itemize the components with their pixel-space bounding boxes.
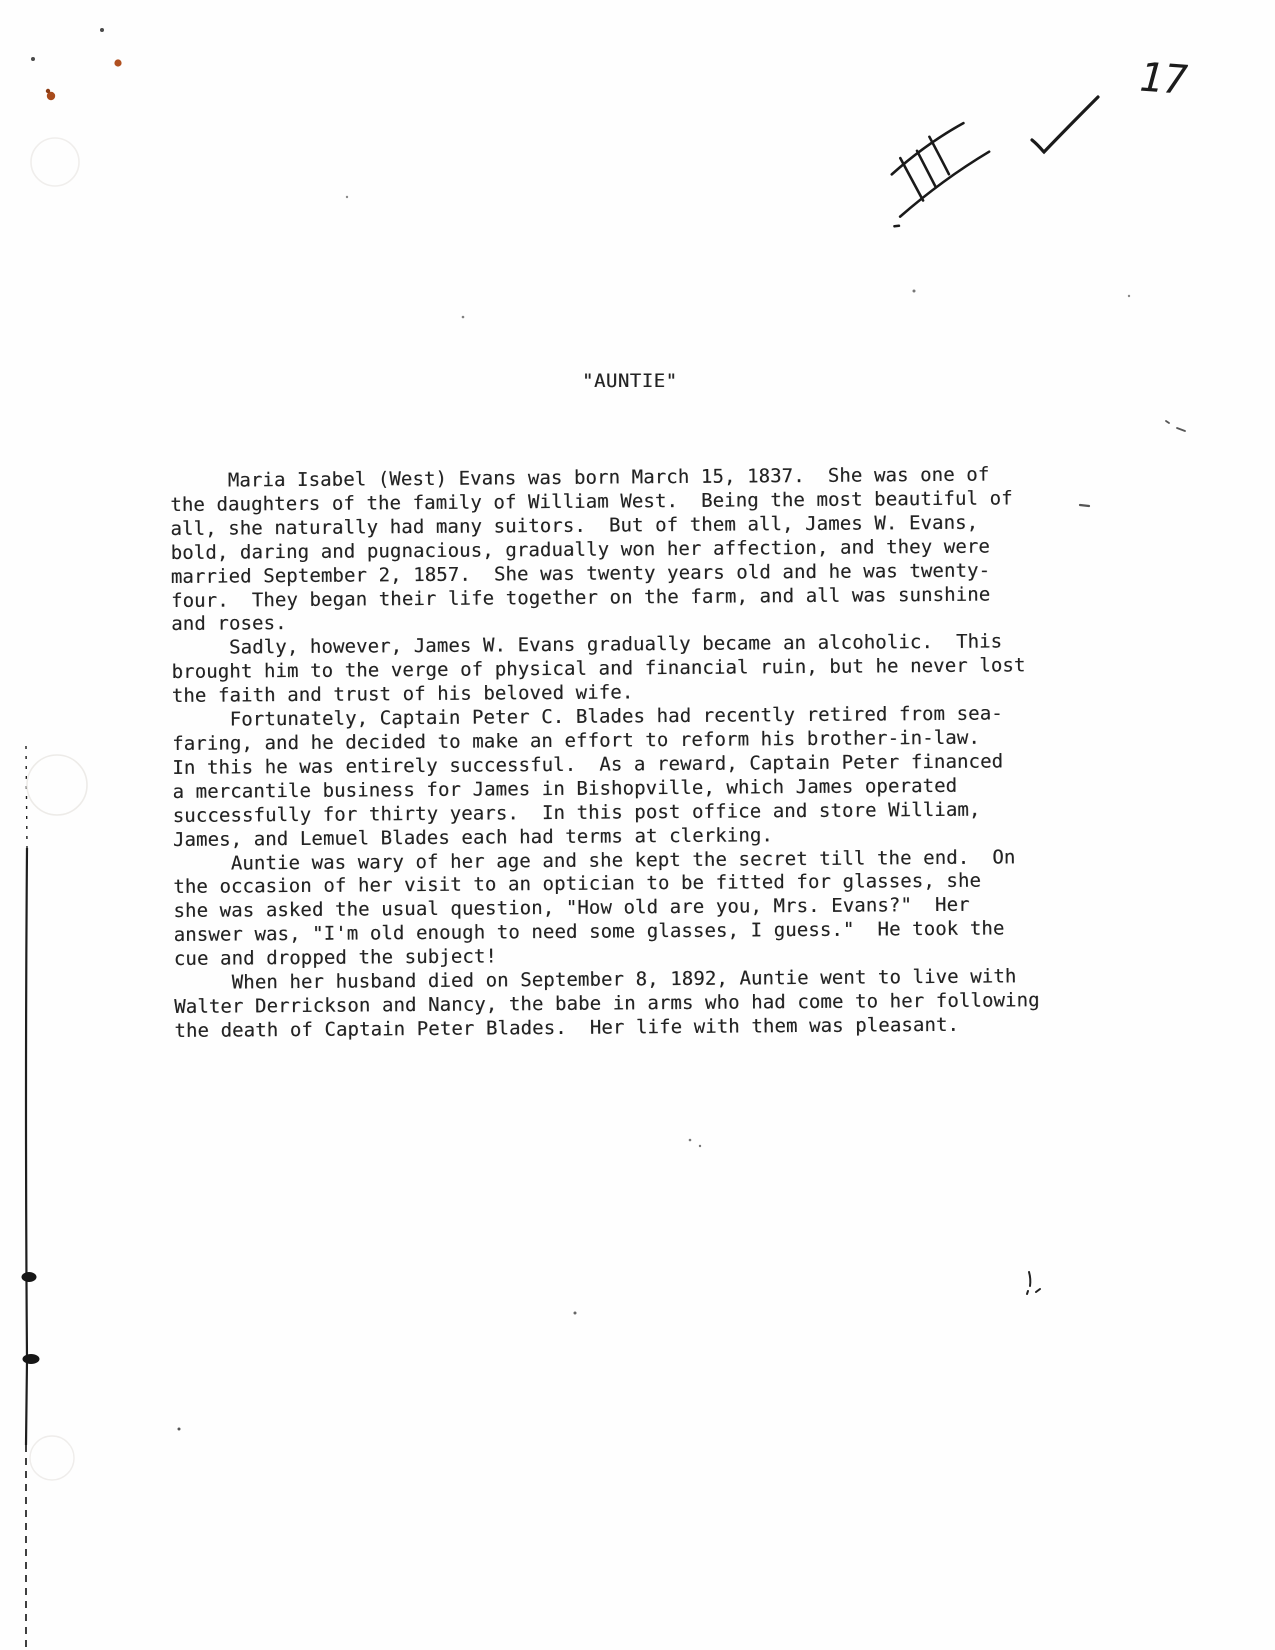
paragraph-5: When her husband died on September 8, 18… [174,965,1075,1044]
left-binding-line [22,746,40,1648]
document-title: "AUNTIE" [582,370,678,392]
paragraph-1: Maria Isabel (West) Evans was born March… [170,463,1071,637]
staple-mark [23,1354,40,1364]
handwritten-page-number: 17 [1138,55,1189,104]
rust-speck [46,89,50,93]
faint-ring [27,755,87,815]
paragraph-3: Fortunately, Captain Peter C. Blades had… [172,702,1073,853]
pen-ticks [1080,421,1185,506]
scanned-page: "AUNTIE" Maria Isabel (West) Evans was b… [0,0,1275,1650]
staple-mark [22,1272,37,1282]
rust-speck [114,59,121,66]
document-body: Maria Isabel (West) Evans was born March… [170,463,1074,1044]
rust-speck [47,92,55,100]
faint-ring [31,138,79,186]
paragraph-4: Auntie was wary of her age and she kept … [173,845,1074,972]
ink-squiggle [1027,1272,1040,1294]
paragraph-2: Sadly, however, James W. Evans gradually… [171,630,1072,709]
handwritten-section-numeral-iii [864,114,996,228]
checkmark-icon [1032,97,1098,152]
faint-ring [30,1436,74,1480]
